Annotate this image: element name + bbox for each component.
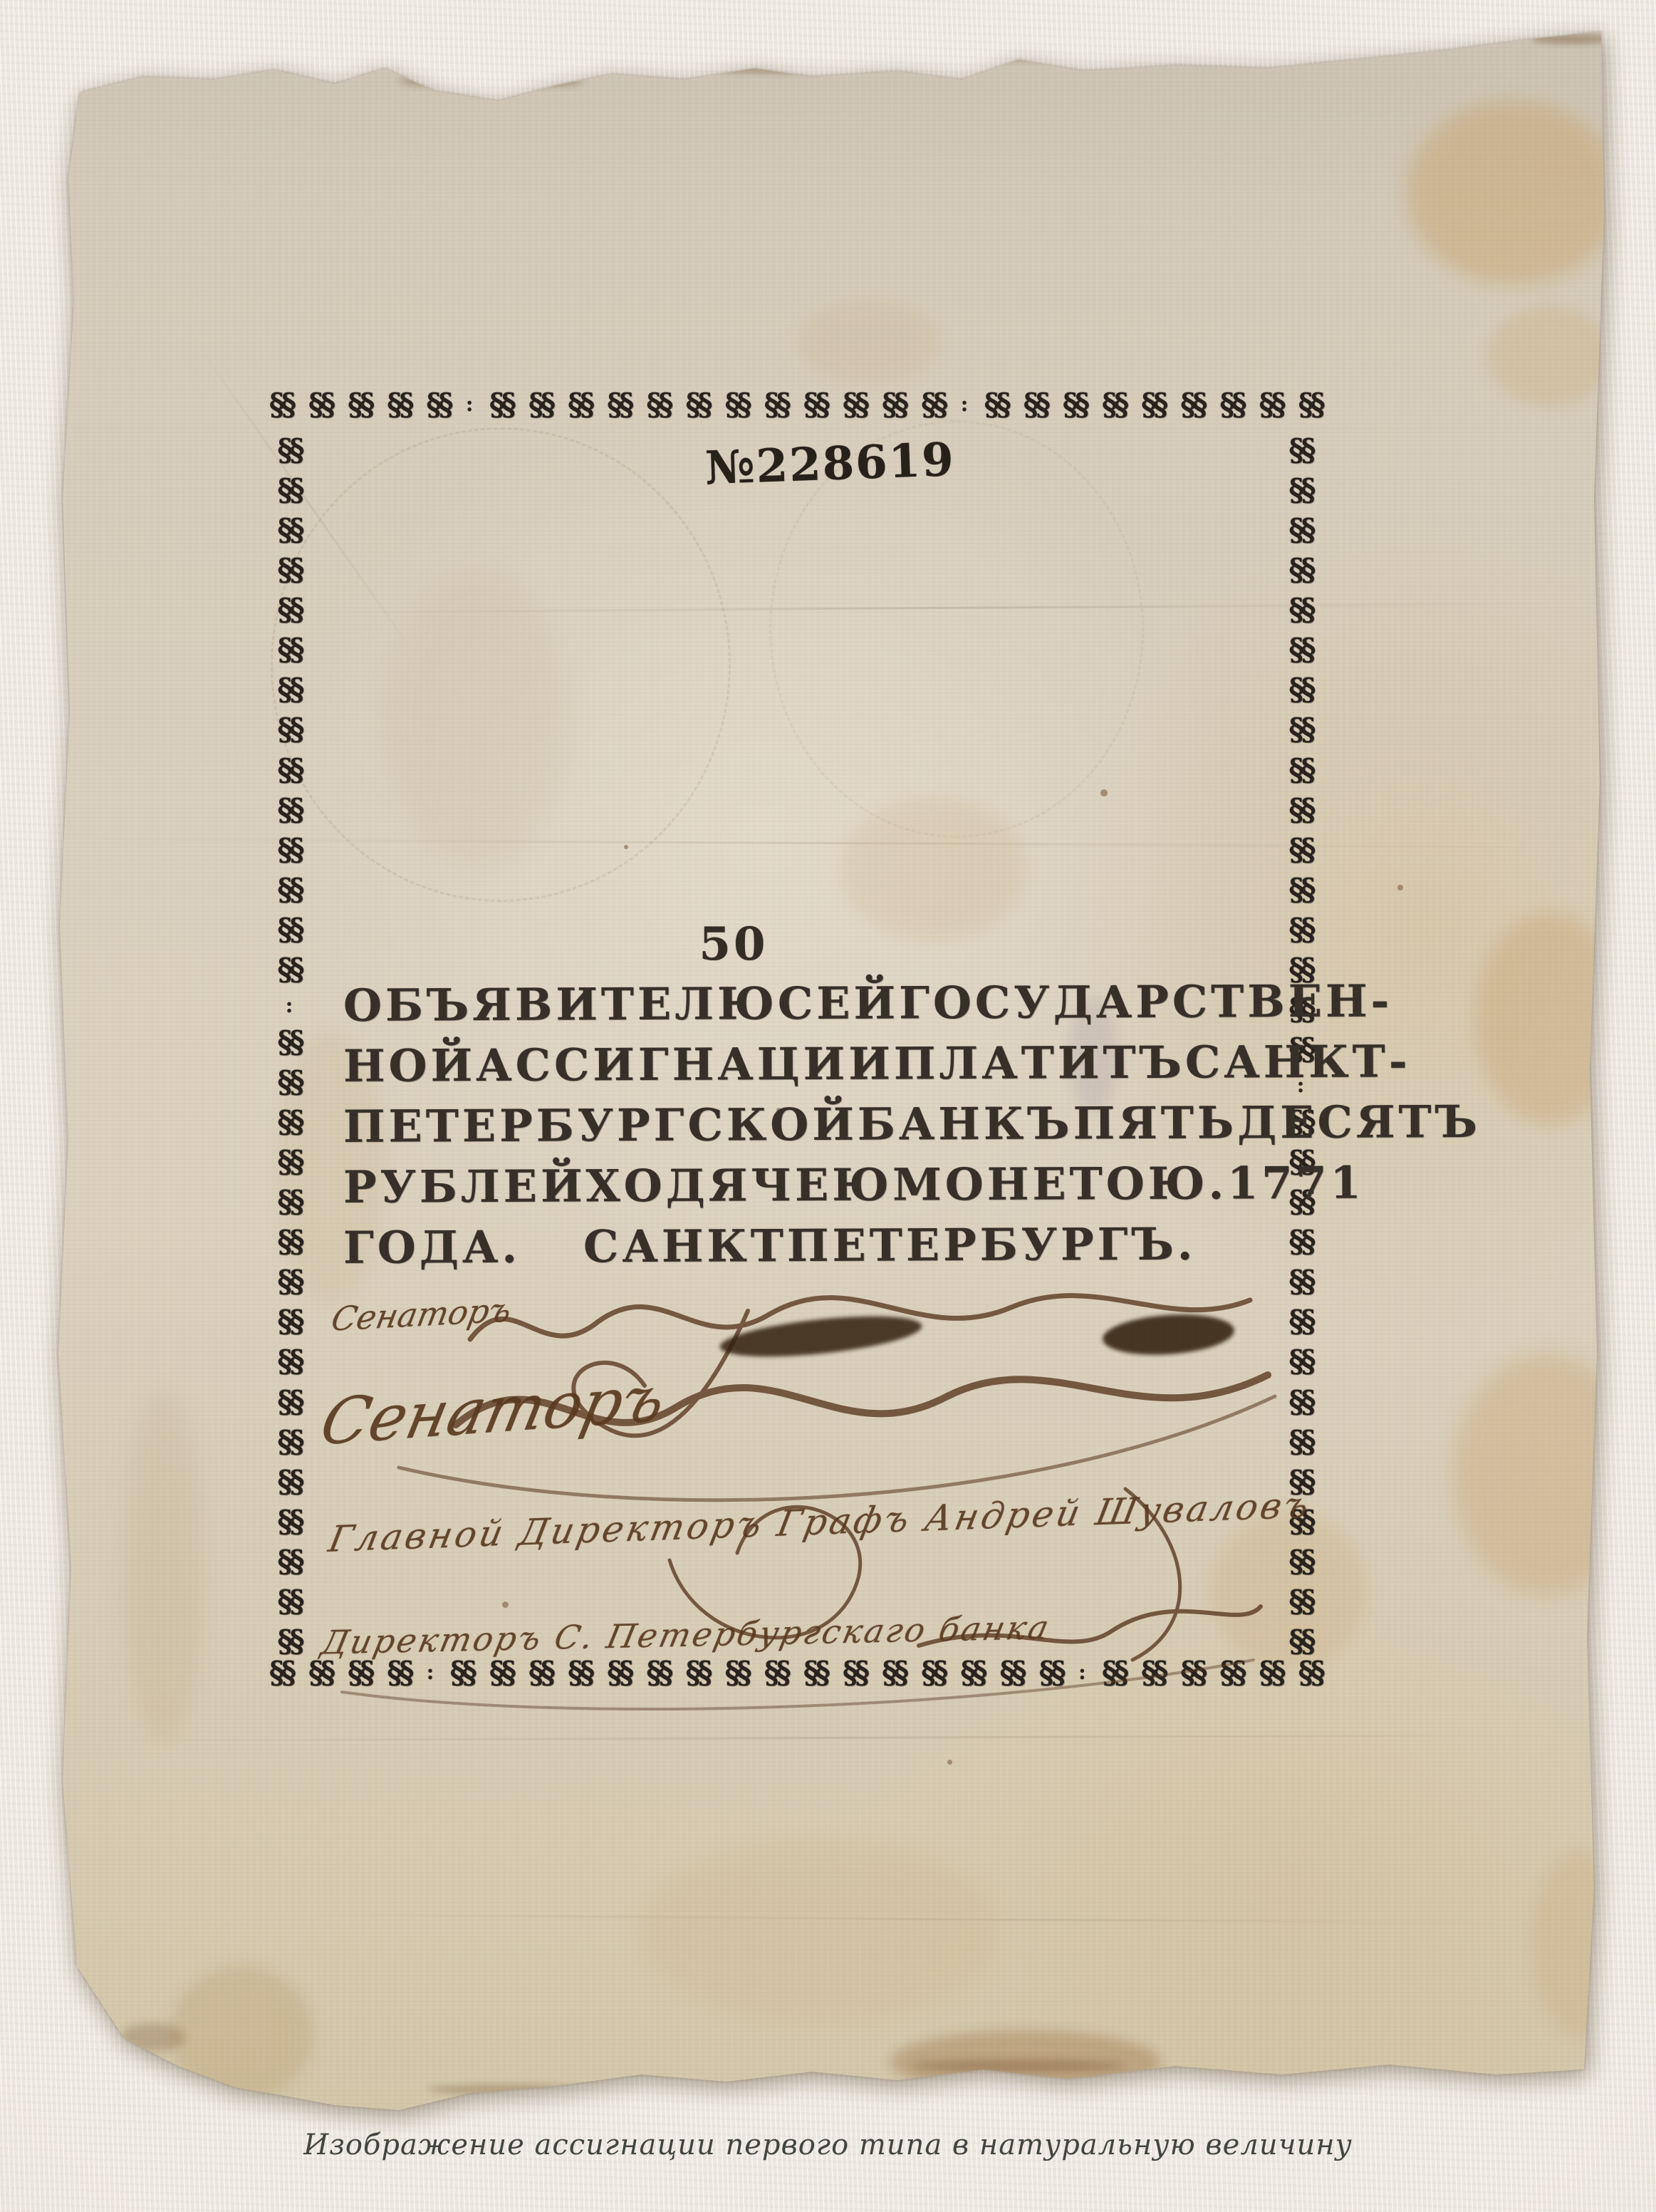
border-ornament: §§ — [764, 1658, 788, 1688]
border-colon: : — [1078, 1662, 1086, 1683]
border-ornament: §§ — [450, 1658, 474, 1688]
border-ornament: §§ — [1102, 1658, 1125, 1688]
border-ornament: §§ — [764, 390, 788, 420]
torn-edge-rim — [912, 2060, 1125, 2072]
border-ornament: §§ — [568, 390, 591, 420]
obligation-word: НОЙ — [343, 1039, 476, 1092]
crease — [306, 603, 1560, 613]
border-ornament: §§ — [278, 1147, 301, 1177]
border-ornament: §§ — [725, 1658, 749, 1688]
border-ornament: §§ — [882, 390, 905, 420]
border-ornament: §§ — [1141, 390, 1165, 420]
border-ornament: §§ — [1289, 1427, 1313, 1457]
obligation-text-line: ОБЪЯВИТЕЛЮСЕЙГОСУДАРСТВЕН- — [343, 975, 1269, 1040]
border-ornament: §§ — [646, 390, 670, 420]
border-colon: : — [285, 995, 293, 1017]
border-ornament: §§ — [1024, 390, 1047, 420]
border-ornament: §§ — [803, 390, 827, 420]
border-ornament: §§ — [1289, 875, 1313, 905]
border-ornament: §§ — [278, 1307, 301, 1337]
torn-edge-rim — [427, 2084, 584, 2094]
obligation-word: ПЕТЕРБУРГСКОЙ — [343, 1099, 858, 1153]
obligation-text: ОБЪЯВИТЕЛЮСЕЙГОСУДАРСТВЕН-НОЙАССИГНАЦИИП… — [343, 977, 1269, 1280]
obligation-word: БАНКЪ — [858, 1097, 1073, 1150]
border-ornament: §§ — [843, 390, 866, 420]
obligation-word: ПЛАТИТЪ — [894, 1037, 1185, 1090]
border-ornament: §§ — [921, 1658, 944, 1688]
border-ornament: §§ — [1289, 1626, 1313, 1656]
obligation-word: САНКТПЕТЕРБУРГЪ. — [583, 1218, 1197, 1273]
border-ornament: §§ — [278, 435, 301, 465]
signature-line-chief-director: Главной Директоръ Графъ Андрей Шуваловъ — [326, 1485, 1315, 1561]
border-ornament: §§ — [1063, 390, 1086, 420]
border-ornament: §§ — [489, 390, 513, 420]
border-ornament: §§ — [984, 390, 1008, 420]
border-ornament: §§ — [1289, 515, 1313, 545]
banknote-paper: §§§§§§§§§§:§§§§§§§§§§§§§§§§§§§§§§§§:§§§§… — [0, 0, 1656, 2212]
ink-blot — [1101, 1311, 1235, 1359]
stain — [840, 798, 1026, 940]
border-ornament: §§ — [1289, 1307, 1313, 1337]
torn-edge-rim — [990, 53, 1076, 61]
border-ornament: §§ — [278, 715, 301, 745]
border-ornament: §§ — [278, 875, 301, 905]
border-ornament: §§ — [278, 915, 301, 945]
border-ornament: §§ — [1289, 715, 1313, 745]
stain — [890, 2030, 1161, 2094]
border-ornament: §§ — [387, 390, 410, 420]
border-ornament: §§ — [278, 515, 301, 545]
obligation-word: ГОСУДАРСТВЕН- — [899, 975, 1392, 1029]
ink-speck — [1100, 789, 1108, 796]
ink-speck — [502, 1601, 509, 1608]
border-ornament: §§ — [278, 1187, 301, 1217]
torn-edge-rim — [712, 66, 833, 74]
stain — [641, 1838, 997, 2023]
border-ornament: §§ — [278, 595, 301, 625]
obligation-word: 1771 — [1227, 1157, 1365, 1210]
border-ornament: §§ — [1289, 755, 1313, 785]
border-ornament: §§ — [1289, 435, 1313, 465]
border-ornament: §§ — [1220, 1658, 1244, 1688]
border-ornament: §§ — [686, 390, 709, 420]
border-ornament: §§ — [1289, 1387, 1313, 1417]
border-ornament: §§ — [686, 1658, 709, 1688]
border-ornament: §§ — [489, 1658, 513, 1688]
border-ornament: §§ — [269, 1658, 293, 1688]
border-ornament: §§ — [278, 1347, 301, 1377]
border-ornament: §§ — [528, 390, 552, 420]
border-ornament: §§ — [1220, 390, 1244, 420]
crease — [78, 1734, 1567, 1741]
stain — [385, 570, 570, 869]
border-ornament: §§ — [1180, 1658, 1204, 1688]
obligation-text-line: ГОДА.САНКТПЕТЕРБУРГЪ. — [343, 1217, 1269, 1282]
border-ornament: §§ — [1039, 1658, 1063, 1688]
obligation-word: ХОДЯЧЕЮ — [585, 1158, 892, 1212]
border-ornament: §§ — [1289, 1547, 1313, 1577]
serial-number: №228619 — [704, 433, 956, 495]
signature-line-bank-director: Директоръ С. Петербургскаго банка — [318, 1608, 1054, 1662]
border-ornament: §§ — [1289, 675, 1313, 705]
obligation-text-line: РУБЛЕЙХОДЯЧЕЮМОНЕТОЮ.1771 — [343, 1157, 1269, 1222]
banknote-photo: §§§§§§§§§§:§§§§§§§§§§§§§§§§§§§§§§§§:§§§§… — [0, 0, 1656, 2212]
border-ornament: §§ — [1289, 795, 1313, 825]
obligation-text-line: ПЕТЕРБУРГСКОЙБАНКЪПЯТЬДЕСЯТЪ — [343, 1096, 1269, 1161]
border-ornament: §§ — [1289, 915, 1313, 945]
ink-speck — [624, 845, 628, 849]
ink-speck — [947, 1760, 952, 1765]
obligation-word: РУБЛЕЙ — [343, 1160, 586, 1213]
border-ornament: §§ — [278, 795, 301, 825]
obligation-word: ОБЪЯВИТЕЛЮ — [343, 977, 778, 1032]
border-ornament: §§ — [278, 1427, 301, 1457]
obligation-word: СЕЙ — [778, 977, 900, 1029]
obligation-text-line: НОЙАССИГНАЦИИПЛАТИТЪСАНКТ- — [343, 1036, 1269, 1101]
border-ornament: §§ — [278, 835, 301, 865]
embossed-seal-ghost — [271, 427, 731, 902]
border-ornament: §§ — [1141, 1658, 1165, 1688]
border-ornament: §§ — [387, 1658, 410, 1688]
border-ornament: §§ — [1289, 555, 1313, 585]
border-ornament: §§ — [607, 1658, 630, 1688]
border-ornament: §§ — [278, 1267, 301, 1297]
stain — [171, 1966, 313, 2102]
border-ornament: §§ — [278, 1387, 301, 1417]
stain — [1407, 100, 1620, 285]
torn-edge-rim — [1531, 34, 1610, 44]
stain — [798, 299, 940, 385]
border-ornament: §§ — [278, 1547, 301, 1577]
border-ornament: §§ — [1289, 1347, 1313, 1377]
torn-edge-rim — [399, 76, 584, 87]
border-ornament: §§ — [1289, 635, 1313, 665]
ink-blot — [718, 1309, 923, 1364]
figure-caption: Изображение ассигнации первого типа в на… — [0, 2129, 1656, 2161]
obligation-word: АССИГНАЦИИ — [476, 1037, 894, 1091]
border-ornament: §§ — [278, 1626, 301, 1656]
border-ornament: §§ — [278, 1107, 301, 1137]
crease — [299, 1914, 1510, 1924]
border-ornament: §§ — [278, 1067, 301, 1097]
border-ornament: §§ — [1289, 595, 1313, 625]
border-ornament: §§ — [278, 1507, 301, 1537]
stain — [1453, 1354, 1638, 1596]
border-ornament: §§ — [921, 390, 944, 420]
border-ornament: §§ — [348, 390, 371, 420]
border-ornament: §§ — [607, 390, 630, 420]
border-ornament: §§ — [269, 390, 293, 420]
border-ornament: §§ — [725, 390, 749, 420]
border-ornament: §§ — [278, 1227, 301, 1257]
stain — [121, 1389, 207, 1745]
stain — [1489, 306, 1610, 406]
border-ornament: §§ — [646, 1658, 670, 1688]
frame-border-bottom: §§§§§§§§:§§§§§§§§§§§§§§§§§§§§§§§§§§§§§§§… — [269, 1658, 1322, 1687]
border-ornament: §§ — [1298, 390, 1322, 420]
border-ornament: §§ — [1298, 1658, 1322, 1688]
border-ornament: §§ — [427, 390, 450, 420]
border-ornament: §§ — [348, 1658, 371, 1688]
stain — [1531, 1852, 1631, 2037]
border-ornament: §§ — [278, 955, 301, 985]
book-page: { "page": { "caption": "Изображение асси… — [0, 0, 1656, 2212]
obligation-word: ГОДА. — [343, 1221, 521, 1274]
border-ornament: §§ — [278, 475, 301, 505]
border-ornament: §§ — [278, 755, 301, 785]
border-ornament: §§ — [528, 1658, 552, 1688]
border-ornament: §§ — [568, 1658, 591, 1688]
border-ornament: §§ — [1259, 390, 1283, 420]
border-colon: : — [427, 1662, 434, 1683]
border-ornament: §§ — [1289, 835, 1313, 865]
border-ornament: §§ — [1289, 475, 1313, 505]
border-ornament: §§ — [278, 555, 301, 585]
border-ornament: §§ — [278, 1027, 301, 1057]
border-ornament: §§ — [1000, 1658, 1024, 1688]
border-colon: : — [960, 394, 968, 415]
border-ornament: §§ — [1259, 1658, 1283, 1688]
border-ornament: §§ — [308, 1658, 332, 1688]
signature-line-senator-1: Сенаторъ — [328, 1290, 515, 1339]
ink-speck — [1397, 885, 1403, 890]
border-ornament: §§ — [308, 390, 332, 420]
border-ornament: §§ — [803, 1658, 827, 1688]
obligation-word: САНКТ- — [1185, 1035, 1411, 1088]
border-ornament: §§ — [278, 1467, 301, 1497]
border-ornament: §§ — [1289, 1227, 1313, 1257]
border-ornament: §§ — [1102, 390, 1125, 420]
obligation-word: МОНЕТОЮ. — [892, 1157, 1227, 1210]
signature-line-senator-2: Сенаторъ — [314, 1361, 672, 1459]
border-ornament: §§ — [882, 1658, 905, 1688]
frame-border-top: §§§§§§§§§§:§§§§§§§§§§§§§§§§§§§§§§§§:§§§§… — [269, 390, 1322, 419]
border-ornament: §§ — [1180, 390, 1204, 420]
border-ornament: §§ — [278, 675, 301, 705]
stain — [1474, 912, 1624, 1126]
border-ornament: §§ — [843, 1658, 866, 1688]
border-ornament: §§ — [1289, 1587, 1313, 1616]
torn-edge-rim — [121, 2023, 185, 2052]
border-ornament: §§ — [278, 635, 301, 665]
denomination-numeral: 50 — [684, 918, 783, 971]
obligation-word: ПЯТЬДЕСЯТЪ — [1073, 1096, 1481, 1149]
border-ornament: §§ — [278, 1587, 301, 1616]
border-ornament: §§ — [960, 1658, 984, 1688]
border-colon: : — [466, 394, 474, 415]
frame-border-left: §§§§§§§§§§§§§§§§§§§§§§§§§§§§:§§§§§§§§§§§… — [268, 436, 311, 1656]
border-ornament: §§ — [1289, 1267, 1313, 1297]
